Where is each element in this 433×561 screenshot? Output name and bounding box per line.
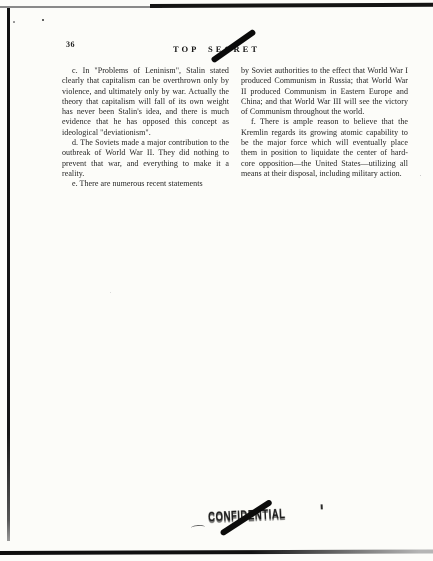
body-text: c. In "Problems of Leninism", Stalin sta… xyxy=(62,66,408,190)
paragraph-f: f. There is ample reason to believe that… xyxy=(241,117,408,179)
scan-edge-top-line-right xyxy=(150,3,433,8)
paragraph-e: e. There are numerous recent statements xyxy=(62,179,229,189)
scan-speck xyxy=(110,292,111,293)
stamp-ink-mark xyxy=(321,504,323,509)
left-column: c. In "Problems of Leninism", Stalin sta… xyxy=(62,66,229,190)
paragraph-c: c. In "Problems of Leninism", Stalin sta… xyxy=(62,66,229,138)
scan-edge-bottom-line xyxy=(0,549,433,554)
scanned-document-page: 36 TOP SECRET c. In "Problems of Leninis… xyxy=(0,0,433,561)
stamp-smudge xyxy=(191,525,205,531)
classification-header-text: TOP SECRET xyxy=(173,44,260,54)
paragraph-d: d. The Soviets made a major contribution… xyxy=(62,138,229,179)
scan-edge-top-line-left xyxy=(0,6,162,8)
scan-speck xyxy=(42,19,44,21)
scan-edge-left-bar xyxy=(7,8,10,541)
scan-speck xyxy=(13,21,15,23)
right-column: by Soviet authorities to the effect that… xyxy=(241,66,408,190)
scan-speck xyxy=(420,175,421,176)
paragraph-e-continued: by Soviet authorities to the effect that… xyxy=(241,66,408,117)
